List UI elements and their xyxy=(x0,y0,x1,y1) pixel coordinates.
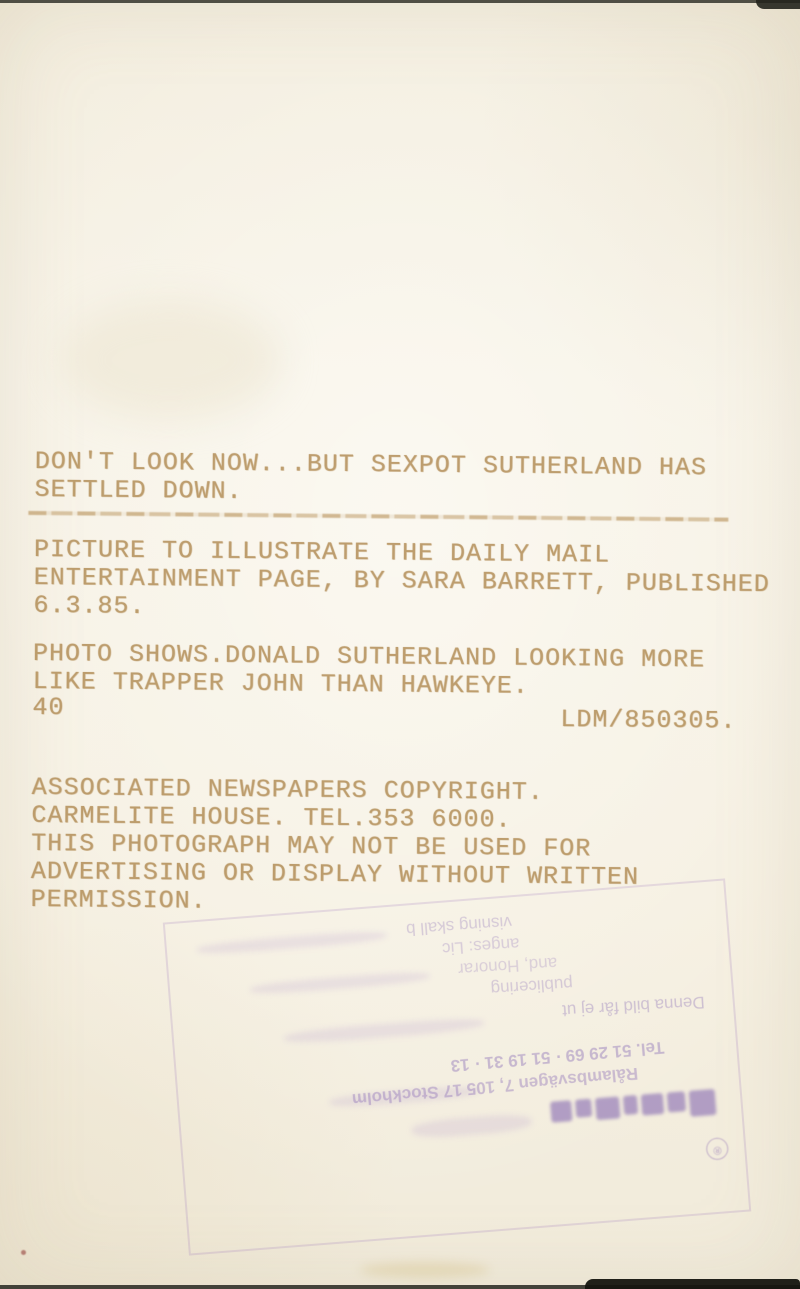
copyright-line: PERMISSION. xyxy=(31,886,207,916)
typed-underline-rule xyxy=(28,511,728,522)
stamp-condition-line: publicering xyxy=(490,973,573,999)
headline-line: SETTLED DOWN. xyxy=(34,476,242,506)
scan-edge-top-corner xyxy=(756,0,800,9)
stamp-ink-smudge xyxy=(411,1112,532,1139)
batch-number: 40 xyxy=(32,694,64,722)
scan-edge-bottom-corner xyxy=(585,1279,800,1289)
stamp-condition-line: Denna bild får ej ut xyxy=(562,992,706,1021)
agency-stamp: ® Rålambsvägen 7, 105 17 Stockholm Tel. … xyxy=(163,878,751,1255)
typed-caption-block: DON'T LOOK NOW...BUT SEXPOT SUTHERLAND H… xyxy=(30,448,775,935)
reference-code: LDM/850305. xyxy=(560,706,736,736)
stamp-logo-mark xyxy=(550,1089,717,1130)
registered-trademark-icon: ® xyxy=(705,1137,729,1161)
stamp-ink-smudge xyxy=(284,1016,484,1046)
scan-edge-top xyxy=(0,0,800,3)
byline-line: 6.3.85. xyxy=(33,592,145,621)
stamp-ink-smudge xyxy=(197,929,387,956)
photo-caption-line: LIKE TRAPPER JOHN THAN HAWKEYE. xyxy=(33,668,529,701)
stamp-ink-smudge xyxy=(250,970,430,996)
